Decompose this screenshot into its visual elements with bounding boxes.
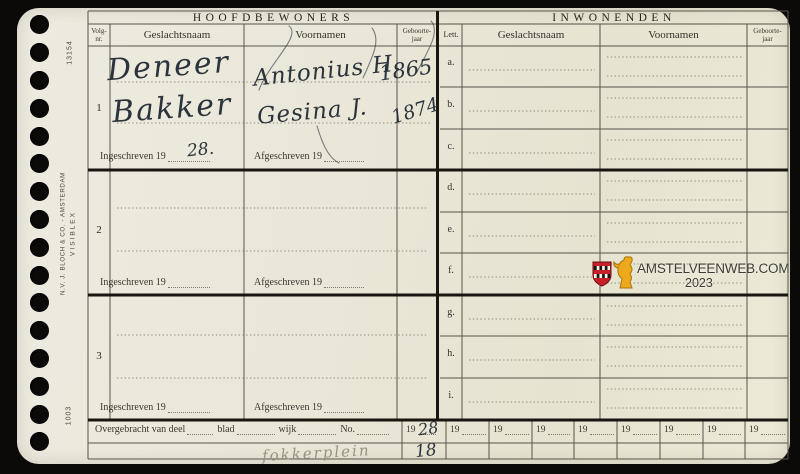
col-header-volgnr: Volg- nr. (88, 27, 110, 43)
section-title-inwonenden: INWONENDEN (440, 12, 788, 24)
afgeschreven-label-2: Afgeschreven 19 (254, 277, 364, 288)
row-number-3: 3 (88, 350, 110, 362)
col-header-geslachtsnaam-right: Geslachtsnaam (462, 29, 600, 41)
dotted-leader (298, 425, 336, 435)
transfer-line: Overgebracht van deel blad wijk No. (95, 424, 389, 435)
dotted-leader (548, 425, 570, 435)
ingeschreven-label-3: Ingeschreven 19 (100, 402, 210, 413)
row-letter-g: g. (440, 307, 462, 318)
ingeschreven-label-2: Ingeschreven 19 (100, 277, 210, 288)
dotted-leader (357, 425, 389, 435)
footer-year-cell: 19 (450, 425, 486, 435)
dotted-leader (168, 278, 210, 288)
card: 13154 VISIBLEX N.V. J. BLOCH & CO. - AMS… (17, 8, 790, 464)
footer-year-cell: 19 (664, 425, 700, 435)
row-letter-a: a. (440, 57, 462, 68)
footer-year-cell: 19 (578, 425, 614, 435)
row-letter-c: c. (440, 141, 462, 152)
afgeschreven-label-3: Afgeschreven 19 (254, 402, 364, 413)
dotted-leader (324, 278, 364, 288)
row-letter-f: f. (440, 265, 462, 276)
handwritten-footer-year: 28 (417, 418, 440, 440)
col-header-voornamen-left: Voornamen (244, 29, 397, 41)
col-header-voornamen-right: Voornamen (600, 29, 747, 41)
scanned-register-card: 13154 VISIBLEX N.V. J. BLOCH & CO. - AMS… (0, 0, 800, 474)
row-number-1: 1 (88, 102, 110, 114)
row-letter-h: h. (440, 348, 462, 359)
lion-icon (612, 255, 636, 289)
dotted-leader (187, 425, 213, 435)
dotted-leader (324, 152, 364, 162)
dotted-leader (237, 425, 275, 435)
afgeschreven-label-1: Afgeschreven 19 (254, 151, 364, 162)
row-letter-b: b. (440, 99, 462, 110)
footer-year-cell: 19 (749, 425, 785, 435)
dotted-leader (505, 425, 529, 435)
dotted-leader (168, 403, 210, 413)
footer-year-cell: 19 (493, 425, 529, 435)
dotted-leader (324, 403, 364, 413)
footer-year-cell: 19 (707, 425, 741, 435)
handwritten-ingeschreven-year: 28. (186, 139, 215, 162)
row-number-2: 2 (88, 224, 110, 236)
row-letter-i: i. (440, 390, 462, 401)
footer-year-cell: 19 (536, 425, 570, 435)
col-header-geslachtsnaam-left: Geslachtsnaam (110, 29, 244, 41)
row-letter-d: d. (440, 182, 462, 193)
dotted-leader (761, 425, 785, 435)
dotted-leader (633, 425, 657, 435)
row-letter-e: e. (440, 224, 462, 235)
watermark-site: AMSTELVEENWEB.COM (637, 261, 789, 276)
footer-year-cell: 19 (621, 425, 657, 435)
col-header-geboortejaar-left: Geboorte- jaar (397, 27, 437, 43)
dotted-leader (590, 425, 614, 435)
watermark-year: 2023 (685, 276, 713, 290)
amstelveen-coat-of-arms-icon (591, 261, 613, 287)
dotted-leader (676, 425, 700, 435)
handwritten-house-number: 18 (414, 440, 438, 462)
col-header-lett: Lett. (440, 30, 462, 39)
col-header-geboortejaar-right: Geboorte- jaar (747, 27, 788, 43)
dotted-leader (719, 425, 741, 435)
section-title-hoofdbewoners: HOOFDBEWONERS (110, 12, 437, 24)
dotted-leader (462, 425, 486, 435)
